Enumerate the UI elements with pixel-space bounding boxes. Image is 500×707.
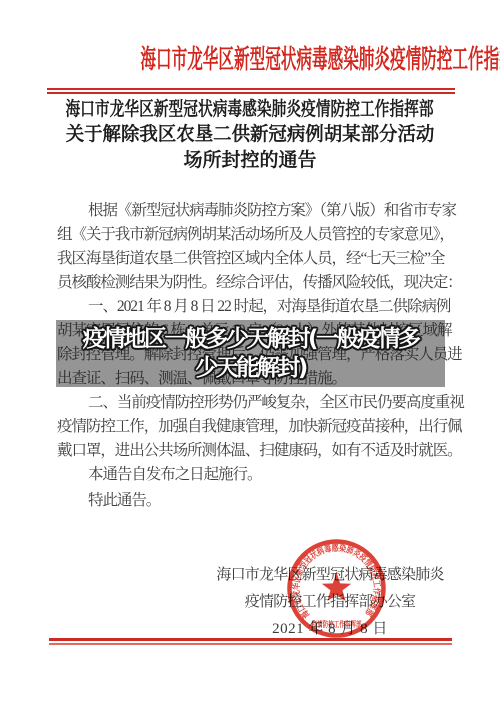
doc-title-line-1: 海口市龙华区新型冠状病毒感染肺炎疫情防控工作指挥部	[0, 98, 500, 122]
body-line: 员核酸检测结果为阴性。经综合评估，传播风险较低，现决定：	[57, 271, 449, 295]
doc-title-line-1-text: 海口市龙华区新型冠状病毒感染肺炎疫情防控工作指挥部	[66, 98, 434, 122]
doc-title-line-3: 场所封控的通告	[0, 149, 500, 173]
watermark-text-line-2: 少天能解封)	[195, 354, 306, 383]
body-line: 疫情防控工作，加强自我健康管理，加快新冠疫苗接种，出行佩	[57, 415, 449, 439]
official-notice-document: 海口市龙华区新型冠状病毒感染肺炎疫情防控工作指挥部文件 海口市龙华区新型冠状病毒…	[0, 0, 500, 707]
body-line: 一、2021 年 8 月 8 日 22 时起，对海垦街道农垦二供除病例	[57, 295, 449, 319]
red-double-rule-bottom	[49, 638, 452, 645]
body-line: 组《关于我市新冠病例胡某活动场所及人员管控的专家意见》，	[57, 223, 449, 247]
doc-title-line-2: 关于解除我区农垦二供新冠病例胡某部分活动	[0, 123, 500, 147]
body-line: 特此通告。	[57, 489, 449, 513]
body-line: 根据《新型冠状病毒肺炎防控方案》（第八版）和省市专家	[57, 199, 449, 223]
body-line: 我区海垦街道农垦二供管控区域内全体人员，经“七天三检”全	[57, 247, 449, 271]
red-double-rule-top	[47, 88, 455, 94]
body-line: 戴口罩，进出公共场所测体温、扫健康码，如有不适及时就医。	[57, 439, 449, 463]
official-seal: 海口市龙华区新型冠状病毒感染肺炎疫情防控工作指挥部 疫情防控工作指挥部	[286, 538, 387, 639]
letterhead-title-text: 海口市龙华区新型冠状病毒感染肺炎疫情防控工作指挥部文件	[140, 42, 500, 78]
seal-star-icon	[322, 573, 351, 602]
paragraph-item-2: 二、当前疫情防控形势仍严峻复杂，全区市民仍要高度重视 疫情防控工作，加强自我健康…	[57, 391, 449, 463]
paragraph-hereby-notice: 特此通告。	[57, 489, 449, 513]
letterhead-title: 海口市龙华区新型冠状病毒感染肺炎疫情防控工作指挥部文件	[0, 42, 500, 78]
watermark-overlay: 疫情地区一般多少天解封(一般疫情多 少天能解封)	[56, 320, 445, 387]
paragraph-effective-date: 本通告自发布之日起施行。	[57, 463, 449, 487]
body-line: 本通告自发布之日起施行。	[57, 463, 449, 487]
doc-title-line-3-text: 场所封控的通告	[183, 149, 316, 173]
paragraph-basis: 根据《新型冠状病毒肺炎防控方案》（第八版）和省市专家 组《关于我市新冠病例胡某活…	[57, 199, 449, 295]
watermark-text-line-1: 疫情地区一般多少天解封(一般疫情多	[82, 325, 418, 354]
seal-bottom-text: 疫情防控工作指挥部	[311, 619, 362, 629]
doc-title-line-2-text: 关于解除我区农垦二供新冠病例胡某部分活动	[66, 123, 435, 147]
body-line: 二、当前疫情防控形势仍严峻复杂，全区市民仍要高度重视	[57, 391, 449, 415]
